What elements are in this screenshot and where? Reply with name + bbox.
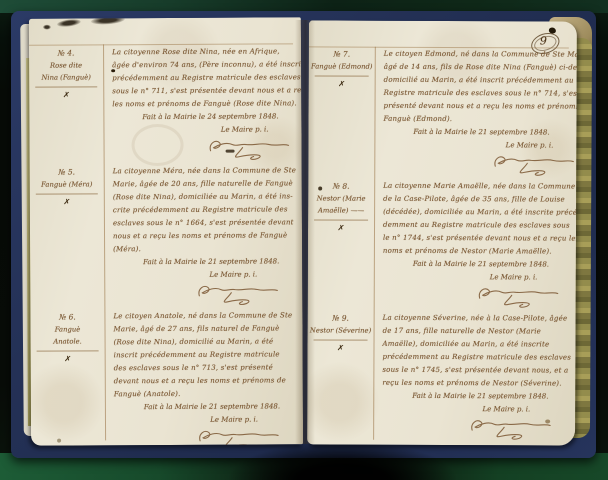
entry-body-column: La citoyenne Méra, née dans la Commune d… xyxy=(104,164,303,307)
entry-margin-name: Anatole. xyxy=(31,335,105,347)
entry-margin-names: Fanguè (Méra) xyxy=(30,178,104,190)
mayor-signature-flourish xyxy=(383,151,577,178)
entry-text-line: Marie, âgée de 20 ans, fille naturelle d… xyxy=(113,177,299,191)
entry-text-line: La citoyenne Marie Amaëlle, née dans la … xyxy=(383,180,577,194)
mayor-title: Le Maire p. i. xyxy=(383,139,577,152)
register-entry: № 8. Nestor (MarieAmaëlle) —— ✗ La citoy… xyxy=(308,179,577,309)
entry-number: № 8. xyxy=(308,179,374,192)
entry-text-line: Le citoyen Anatole, né dans la Commune d… xyxy=(113,309,299,323)
entry-number: № 7. xyxy=(309,47,375,60)
register-page-right: 9 № 7. Fanguè (Edmond) ✗ Le citoyen Edmo… xyxy=(307,20,577,445)
margin-check-mark: ✗ xyxy=(308,220,374,237)
entry-body-column: Le citoyen Anatole, né dans la Commune d… xyxy=(104,309,303,445)
book-gutter-shadow xyxy=(295,20,315,444)
entry-body-lines: La citoyenne Séverine, née à la Case-Pil… xyxy=(382,312,572,391)
entry-number: № 9. xyxy=(308,311,374,324)
register-entry: № 9. Nestor (Séverine) ✗ La citoyenne Sé… xyxy=(307,311,576,441)
entry-text-line: âgé de 14 ans, fils de Rose dite Nina (F… xyxy=(384,61,577,75)
archival-register-photo: № 4. Rose diteNina (Fanguè) ✗ La citoyen… xyxy=(0,0,608,480)
margin-rule xyxy=(314,339,368,340)
entry-text-line: La citoyenne Méra, née dans la Commune d… xyxy=(113,164,299,178)
entry-margin-names: Nestor (Séverine) xyxy=(308,324,374,336)
entry-margin-names: Fanguè (Edmond) xyxy=(309,60,375,72)
mayor-signature-flourish xyxy=(382,415,572,442)
entry-text-line: crite précédemment au Registre matricule… xyxy=(113,203,299,217)
entry-text-line: (Rose dite Nina), domicilié au Marin, a … xyxy=(114,335,300,349)
entry-margin-column: № 9. Nestor (Séverine) ✗ xyxy=(307,311,374,440)
register-entry: № 6. FanguèAnatole. ✗ Le citoyen Anatole… xyxy=(30,309,303,445)
entries-left: № 4. Rose diteNina (Fanguè) ✗ La citoyen… xyxy=(29,45,303,445)
entry-text-line: La citoyenne Séverine, née à la Case-Pil… xyxy=(383,312,573,326)
margin-check-mark: ✗ xyxy=(308,76,374,93)
entry-body-column: La citoyenne Marie Amaëlle, née dans la … xyxy=(374,180,577,310)
entry-text-line: présenté devant nous et a reçu les noms … xyxy=(384,100,577,114)
entry-dateline: Fait à la Mairie le 21 septembre 1848. xyxy=(383,258,577,272)
entry-text-line: de la Case-Pilote, âgée de 35 ans, fille… xyxy=(383,193,577,207)
entry-text-line: sous le n° 1745, s'est présentée devant … xyxy=(382,364,572,378)
ink-blot xyxy=(549,27,556,33)
entry-body-lines: Le citoyen Anatole, né dans la Commune d… xyxy=(113,309,299,401)
entry-margin-names: Rose diteNina (Fanguè) xyxy=(29,59,103,83)
entry-body-lines: La citoyenne Méra, née dans la Commune d… xyxy=(113,164,299,256)
mayor-title: Le Maire p. i. xyxy=(114,413,300,426)
entry-margin-column: № 5. Fanguè (Méra) ✗ xyxy=(30,165,105,307)
mayor-title: Le Maire p. i. xyxy=(383,271,577,284)
entry-text-line: précédemment au Registre matricule des e… xyxy=(382,351,572,365)
entry-margin-name: Nina (Fanguè) xyxy=(29,71,103,83)
margin-check-mark: ✗ xyxy=(307,340,373,357)
margin-rule xyxy=(36,193,98,194)
entry-text-line: de 17 ans, fille naturelle de Nestor (Ma… xyxy=(383,325,573,339)
entry-margin-column: № 8. Nestor (MarieAmaëlle) —— ✗ xyxy=(308,179,375,308)
entry-margin-name: Rose dite xyxy=(29,59,103,71)
register-entry: № 4. Rose diteNina (Fanguè) ✗ La citoyen… xyxy=(29,45,302,162)
entry-text-line: nous et a reçu les noms et prénoms de Fa… xyxy=(113,229,299,243)
entry-margin-column: № 6. FanguèAnatole. ✗ xyxy=(30,310,105,445)
entry-text-line: reçu les noms et prénoms de Nestor (Séve… xyxy=(382,377,572,391)
mayor-signature-flourish xyxy=(383,283,577,310)
entry-dateline: Fait à la Mairie le 21 septembre 1848. xyxy=(113,255,299,269)
register-entry: № 5. Fanguè (Méra) ✗ La citoyenne Méra, … xyxy=(30,164,303,307)
entry-margin-name: Fanguè (Méra) xyxy=(30,178,104,190)
margin-rule xyxy=(315,75,369,76)
entry-margin-column: № 4. Rose diteNina (Fanguè) ✗ xyxy=(29,46,104,162)
entry-body-lines: La citoyenne Marie Amaëlle, née dans la … xyxy=(383,180,577,259)
entry-dateline: Fait à la Mairie le 21 septembre 1848. xyxy=(383,126,577,140)
entries-right: № 7. Fanguè (Edmond) ✗ Le citoyen Edmond… xyxy=(307,47,577,444)
entry-body-column: La citoyenne Séverine, née à la Case-Pil… xyxy=(373,312,576,442)
entry-dateline: Fait à la Mairie le 24 septembre 1848. xyxy=(112,110,303,124)
entry-text-line: des esclaves sous le n° 713, s'est prése… xyxy=(114,361,300,375)
mayor-title: Le Maire p. i. xyxy=(382,403,572,416)
entry-text-line: demment au Registre matricule des esclav… xyxy=(383,219,577,233)
mayor-signature-flourish xyxy=(114,425,300,445)
mayor-signature-flourish xyxy=(113,135,304,162)
entry-text-line: (Méra). xyxy=(113,242,299,256)
mayor-signature-flourish xyxy=(113,280,299,307)
ink-smudge xyxy=(43,25,51,30)
entry-text-line: Registre matricule des esclaves sous le … xyxy=(384,87,577,101)
ink-smudge xyxy=(91,17,126,25)
entry-number: № 6. xyxy=(30,310,104,323)
entry-margin-names: FanguèAnatole. xyxy=(30,323,104,347)
entry-margin-name: Fanguè (Edmond) xyxy=(309,60,375,72)
mayor-title: Le Maire p. i. xyxy=(113,268,299,281)
entry-text-line: La citoyenne Rose dite Nina, née en Afri… xyxy=(112,45,303,59)
entry-text-line: sous le n° 711, s'est présentée devant n… xyxy=(112,84,303,98)
entry-text-line: (Rose dite Nina), domiciliée au Marin, a… xyxy=(113,190,299,204)
entry-text-line: esclaves sous le n° 1664, s'est présenté… xyxy=(113,216,299,230)
margin-check-mark: ✗ xyxy=(29,87,103,105)
entry-text-line: le n° 1744, s'est présentée devant nous … xyxy=(383,232,577,246)
entry-margin-name: Nestor (Marie xyxy=(308,192,374,204)
entry-text-line: devant nous et a reçu les noms et prénom… xyxy=(114,374,300,388)
entry-margin-name: Nestor (Séverine) xyxy=(308,324,374,336)
margin-check-mark: ✗ xyxy=(30,351,104,369)
mayor-title: Le Maire p. i. xyxy=(112,123,303,136)
entry-text-line: Fanguè (Edmond). xyxy=(383,113,576,127)
entry-text-line: domicilié au Marin, a été inscrit précéd… xyxy=(384,74,577,88)
entry-text-line: noms et prénoms de Nestor (Marie Amaëlle… xyxy=(383,245,577,259)
entry-text-line: Amaëlle), domiciliée au Marin, a été ins… xyxy=(382,338,572,352)
entry-margin-column: № 7. Fanguè (Edmond) ✗ xyxy=(308,47,375,176)
entry-text-line: Marie, âgé de 27 ans, fils naturel de Fa… xyxy=(113,322,299,336)
page-number: 9 xyxy=(540,34,547,47)
register-entry: № 7. Fanguè (Edmond) ✗ Le citoyen Edmond… xyxy=(308,47,577,177)
margin-rule xyxy=(37,350,99,351)
entry-dateline: Fait à la Mairie le 21 septembre 1848. xyxy=(382,390,572,404)
entry-body-lines: Le citoyen Edmond, né dans la Commune de… xyxy=(383,48,576,127)
ink-smudge xyxy=(57,18,82,28)
entry-body-column: La citoyenne Rose dite Nina, née en Afri… xyxy=(103,45,303,162)
entry-margin-names: Nestor (MarieAmaëlle) —— xyxy=(308,192,374,216)
entry-text-line: Fanguè (Anatole). xyxy=(114,387,300,401)
margin-check-mark: ✗ xyxy=(30,194,104,212)
register-page-left: № 4. Rose diteNina (Fanguè) ✗ La citoyen… xyxy=(29,17,303,445)
entry-body-column: Le citoyen Edmond, né dans la Commune de… xyxy=(374,48,577,178)
entry-text-line: les noms et prénoms de Fanguè (Rose dite… xyxy=(112,97,303,111)
entry-text-line: précédemment au Registre matricule des e… xyxy=(112,71,303,85)
entry-text-line: inscrit précédemment au Registre matricu… xyxy=(114,348,300,362)
entry-text-line: Le citoyen Edmond, né dans la Commune de… xyxy=(384,48,577,62)
entry-dateline: Fait à la Mairie le 21 septembre 1848. xyxy=(114,400,300,414)
entry-text-line: (décédée), domiciliée au Marin, a été in… xyxy=(383,206,577,220)
entry-margin-name: Fanguè xyxy=(30,323,104,335)
margin-rule xyxy=(35,86,97,87)
entry-number: № 5. xyxy=(30,165,104,178)
entry-body-lines: La citoyenne Rose dite Nina, née en Afri… xyxy=(112,45,303,111)
entry-margin-name: Amaëlle) —— xyxy=(308,204,374,216)
margin-rule xyxy=(314,219,368,220)
entry-text-line: âgée d'environ 74 ans, (Père inconnu), a… xyxy=(112,58,303,72)
entry-number: № 4. xyxy=(29,46,103,59)
